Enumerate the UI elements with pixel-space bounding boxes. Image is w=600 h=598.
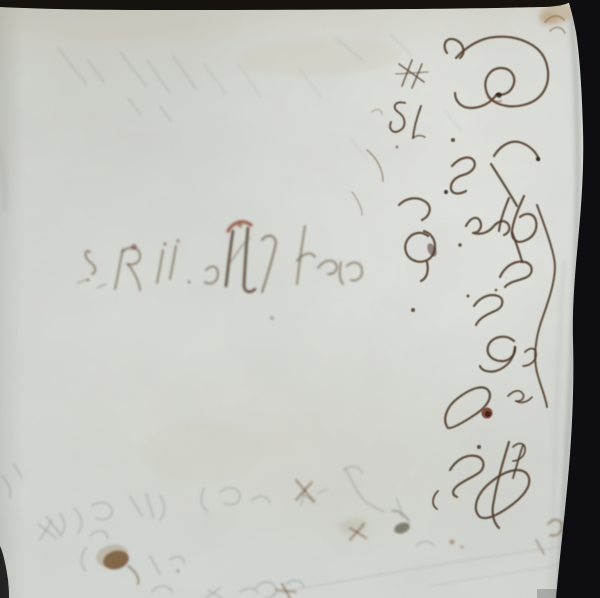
- ink-layer: [0, 0, 600, 598]
- manuscript-photo: [0, 0, 600, 598]
